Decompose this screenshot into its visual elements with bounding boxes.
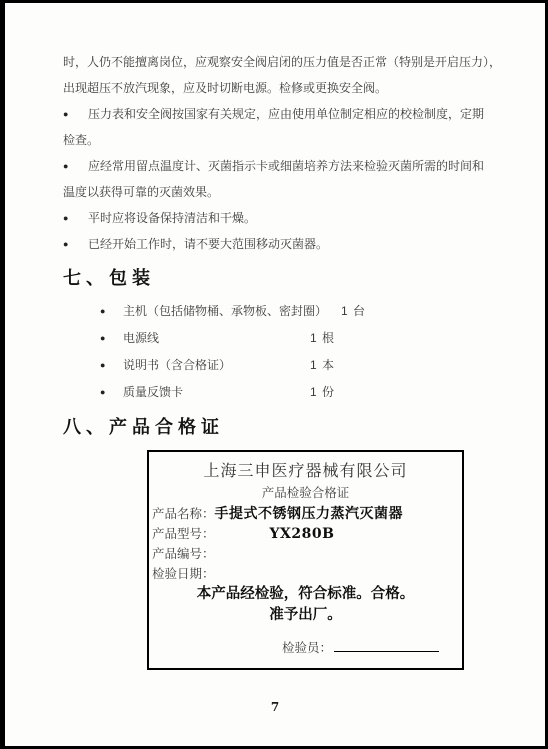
field-value: YX280B (270, 524, 335, 544)
field-label: 产品型号： (152, 524, 215, 544)
packing-item-qty: 1 台 (341, 298, 366, 325)
document-page: 时，人仍不能擅离岗位，应观察安全阀启闭的压力值是否正常（特别是开启压力）， 出现… (5, 3, 545, 746)
certificate-field-serial: 产品编号： (149, 544, 462, 564)
intro-line: 出现超压不放汽现象，应及时切断电源。检修或更换安全阀。 (63, 75, 517, 101)
packing-item-label: 电源线 (123, 325, 310, 352)
certificate-statement-line: 本产品经检验，符合标准。合格。 (149, 584, 462, 605)
bullet-icon: ● (100, 352, 123, 379)
packing-list-item: ● 主机（包括储物桶、承物板、密封圈） 1 台 (100, 298, 517, 325)
packing-item-qty: 1 本 (310, 352, 335, 379)
bullet-icon: ● (63, 231, 88, 257)
bullet-text: 已经开始工作时，请不要大范围移动灭菌器。 (88, 237, 328, 251)
bullet-text: 应经常用留点温度计、灭菌指示卡或细菌培养方法来检验灭菌所需的时间和温度以获得可靠… (63, 159, 484, 199)
field-label: 产品名称： (152, 504, 215, 524)
bullet-icon: ● (100, 325, 123, 352)
bullet-icon: ● (63, 153, 88, 179)
packing-list: ● 主机（包括储物桶、承物板、密封圈） 1 台 ● 电源线 1 根 ● 说明书（… (63, 298, 517, 406)
section-heading-certificate: 八、产品合格证 (63, 414, 517, 440)
certificate-box: 上海三申医疗器械有限公司 产品检验合格证 产品名称： 手提式不锈钢压力蒸汽灭菌器… (147, 450, 464, 670)
packing-item-label: 主机（包括储物桶、承物板、密封圈） (123, 298, 341, 325)
intro-line: 时，人仍不能擅离岗位，应观察安全阀启闭的压力值是否正常（特别是开启压力）， (63, 49, 517, 75)
certificate-company-name: 上海三申医疗器械有限公司 (149, 460, 462, 483)
packing-item-qty: 1 根 (310, 325, 335, 352)
inspector-signature-row: 检验员： (282, 638, 462, 658)
packing-list-item: ● 说明书（含合格证） 1 本 (100, 352, 517, 379)
maintenance-bullet-item: ●已经开始工作时，请不要大范围移动灭菌器。 (63, 231, 493, 257)
bullet-icon: ● (63, 205, 88, 231)
bullet-text: 压力表和安全阀按国家有关规定，应由使用单位制定相应的校检制度，定期检查。 (63, 107, 484, 147)
bullet-icon: ● (100, 298, 123, 325)
certificate-statement-line: 准予出厂。 (149, 605, 462, 626)
packing-item-qty: 1 份 (310, 379, 335, 406)
bullet-text: 平时应将设备保持清洁和干燥。 (88, 211, 256, 225)
field-value: 手提式不锈钢压力蒸汽灭菌器 (215, 503, 404, 523)
certificate-title: 产品检验合格证 (149, 483, 462, 503)
maintenance-bullet-item: ●应经常用留点温度计、灭菌指示卡或细菌培养方法来检验灭菌所需的时间和温度以获得可… (63, 153, 493, 205)
page-number: 7 (5, 700, 545, 714)
maintenance-bullet-item: ●压力表和安全阀按国家有关规定，应由使用单位制定相应的校检制度，定期检查。 (63, 101, 493, 153)
bullet-icon: ● (63, 101, 88, 127)
inspector-label: 检验员： (282, 641, 332, 655)
certificate-field-product-name: 产品名称： 手提式不锈钢压力蒸汽灭菌器 (149, 503, 462, 524)
field-label: 产品编号： (152, 544, 215, 564)
packing-list-item: ● 电源线 1 根 (100, 325, 517, 352)
page-content: 时，人仍不能擅离岗位，应观察安全阀启闭的压力值是否正常（特别是开启压力）， 出现… (5, 3, 545, 670)
inspector-signature-blank (334, 639, 439, 652)
section-heading-packing: 七、包装 (63, 265, 517, 291)
field-label: 检验日期： (152, 564, 215, 584)
packing-item-label: 说明书（含合格证） (123, 352, 310, 379)
packing-list-item: ● 质量反馈卡 1 份 (100, 379, 517, 406)
maintenance-bullet-item: ●平时应将设备保持清洁和干燥。 (63, 205, 493, 231)
certificate-field-model: 产品型号： YX280B (149, 524, 462, 544)
certificate-field-inspection-date: 检验日期： (149, 564, 462, 584)
bullet-icon: ● (100, 379, 123, 406)
packing-item-label: 质量反馈卡 (123, 379, 310, 406)
